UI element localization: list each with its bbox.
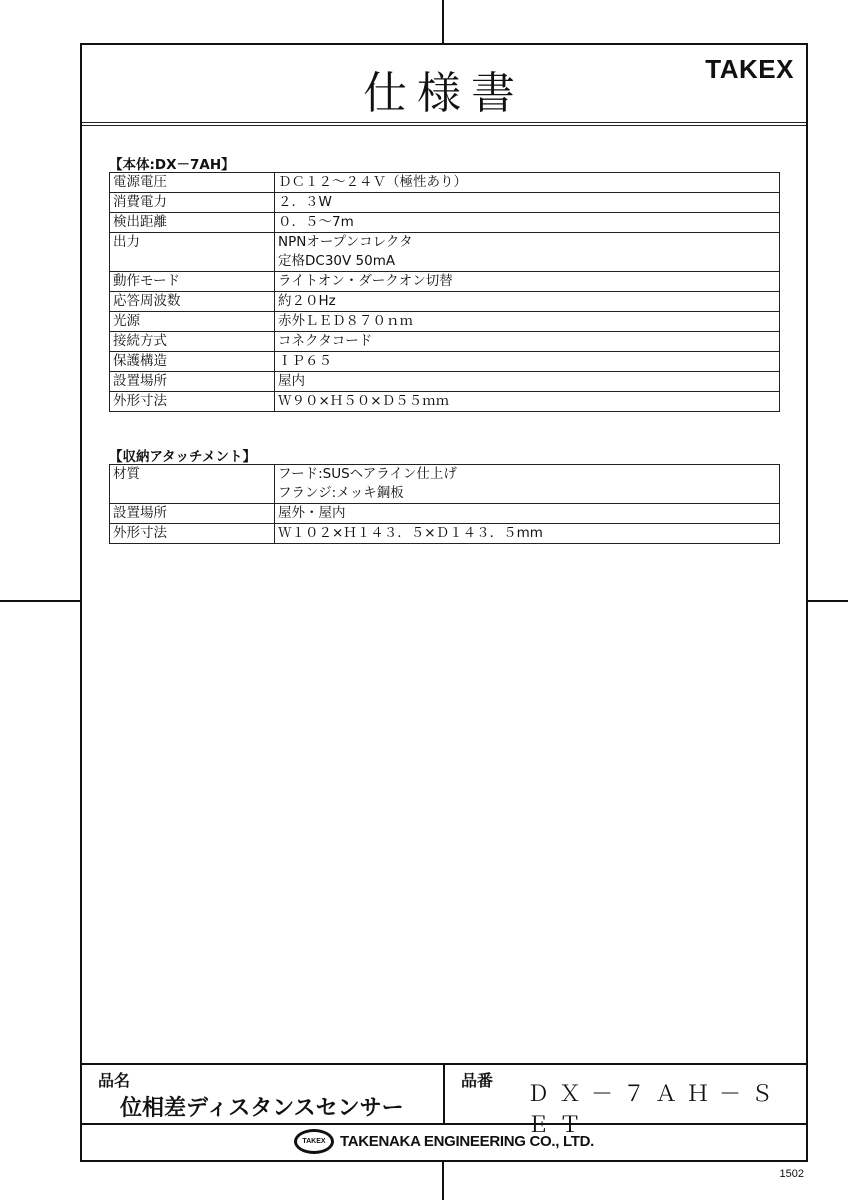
spec-value-line: Ｗ９０×Ｈ５０×Ｄ５５ｍｍ: [278, 392, 776, 411]
spec-label: 消費電力: [110, 193, 275, 213]
product-code-cell: 品番 ＤＸ－７ＡＨ－ＳＥＴ: [445, 1065, 806, 1123]
spec-value: Ｗ９０×Ｈ５０×Ｄ５５ｍｍ: [275, 392, 780, 412]
document-header: 仕様書 TAKEX: [82, 45, 806, 126]
spec-value-line: 赤外ＬＥＤ８７０ｎｍ: [278, 312, 776, 331]
spec-value-line: ＩＰ６５: [278, 352, 776, 371]
spec-label: 光源: [110, 312, 275, 332]
crop-mark-left: [0, 600, 80, 602]
table-row: 接続方式 コネクタコード: [110, 332, 780, 352]
document-number: 1502: [780, 1168, 804, 1180]
company-band: TAKEX TAKENAKA ENGINEERING CO., LTD.: [82, 1123, 806, 1160]
spec-value: 屋外・屋内: [275, 504, 780, 524]
spec-value: 約２０Hz: [275, 292, 780, 312]
spec-value: 屋内: [275, 372, 780, 392]
spec-value-line: コネクタコード: [278, 332, 776, 351]
spec-value: Ｗ１０２×Ｈ１４３．５×Ｄ１４３．５mm: [275, 524, 780, 544]
spec-value: ＤＣ１２～２４Ｖ（極性あり）: [275, 173, 780, 193]
product-code-label: 品番: [461, 1068, 493, 1091]
spec-value-line: ２．３W: [278, 193, 776, 212]
spec-value-line: 屋内: [278, 372, 776, 391]
spec-value-line: 定格DC30V 50mA: [278, 252, 776, 271]
table-row: 検出距離 ０．５～7m: [110, 213, 780, 233]
company-name: TAKENAKA ENGINEERING CO., LTD.: [340, 1133, 594, 1150]
spec-value: フード:SUSヘアライン仕上げ フランジ:メッキ鋼板: [275, 465, 780, 504]
table-row: 保護構造 ＩＰ６５: [110, 352, 780, 372]
spec-value-line: フランジ:メッキ鋼板: [278, 484, 776, 503]
spec-value: 赤外ＬＥＤ８７０ｎｍ: [275, 312, 780, 332]
spec-value-line: フード:SUSヘアライン仕上げ: [278, 465, 776, 484]
spec-label: 材質: [110, 465, 275, 504]
table-row: 設置場所 屋外・屋内: [110, 504, 780, 524]
table-row: 動作モード ライトオン・ダークオン切替: [110, 272, 780, 292]
spec-label: 応答周波数: [110, 292, 275, 312]
spec-value: ライトオン・ダークオン切替: [275, 272, 780, 292]
table-row: 外形寸法 Ｗ１０２×Ｈ１４３．５×Ｄ１４３．５mm: [110, 524, 780, 544]
table-row: 材質 フード:SUSヘアライン仕上げ フランジ:メッキ鋼板: [110, 465, 780, 504]
spec-label: 保護構造: [110, 352, 275, 372]
document-frame: 仕様書 TAKEX 【本体:DX－7AH】 電源電圧 ＤＣ１２～２４Ｖ（極性あり…: [80, 43, 808, 1162]
spec-table-attachment: 材質 フード:SUSヘアライン仕上げ フランジ:メッキ鋼板 設置場所 屋外・屋内…: [109, 464, 780, 544]
spec-value: ０．５～7m: [275, 213, 780, 233]
document-title: 仕様書: [82, 57, 806, 121]
spec-label: 外形寸法: [110, 392, 275, 412]
spec-value: NPNオープンコレクタ 定格DC30V 50mA: [275, 233, 780, 272]
spec-label: 検出距離: [110, 213, 275, 233]
spec-table-main-unit: 電源電圧 ＤＣ１２～２４Ｖ（極性あり） 消費電力 ２．３W 検出距離 ０．５～7…: [109, 172, 780, 412]
table-row: 設置場所 屋内: [110, 372, 780, 392]
spec-value-line: ライトオン・ダークオン切替: [278, 272, 776, 291]
spec-label: 設置場所: [110, 504, 275, 524]
table-row: 出力 NPNオープンコレクタ 定格DC30V 50mA: [110, 233, 780, 272]
crop-mark-right: [806, 600, 848, 602]
crop-mark-bottom: [442, 1160, 444, 1200]
product-name-label: 品名: [98, 1068, 130, 1091]
table-row: 光源 赤外ＬＥＤ８７０ｎｍ: [110, 312, 780, 332]
product-name-value: 位相差ディスタンスセンサー: [120, 1091, 404, 1122]
table-row: 応答周波数 約２０Hz: [110, 292, 780, 312]
section-title-attachment: 【収納アタッチメント】: [109, 445, 256, 465]
spec-value: ＩＰ６５: [275, 352, 780, 372]
spec-label: 外形寸法: [110, 524, 275, 544]
spec-label: 設置場所: [110, 372, 275, 392]
spec-label: 出力: [110, 233, 275, 272]
crop-mark-top: [442, 0, 444, 43]
takex-oval-logo-icon: TAKEX: [294, 1129, 334, 1154]
spec-value-line: 屋外・屋内: [278, 504, 776, 523]
table-row: 電源電圧 ＤＣ１２～２４Ｖ（極性あり）: [110, 173, 780, 193]
spec-value-line: NPNオープンコレクタ: [278, 233, 776, 252]
spec-value-line: Ｗ１０２×Ｈ１４３．５×Ｄ１４３．５mm: [278, 524, 776, 543]
spec-value-line: ０．５～7m: [278, 213, 776, 232]
spec-value-line: 約２０Hz: [278, 292, 776, 311]
spec-label: 動作モード: [110, 272, 275, 292]
table-row: 外形寸法 Ｗ９０×Ｈ５０×Ｄ５５ｍｍ: [110, 392, 780, 412]
spec-label: 接続方式: [110, 332, 275, 352]
spec-value-line: ＤＣ１２～２４Ｖ（極性あり）: [278, 173, 776, 192]
table-row: 消費電力 ２．３W: [110, 193, 780, 213]
spec-value: ２．３W: [275, 193, 780, 213]
spec-label: 電源電圧: [110, 173, 275, 193]
section-title-main-unit: 【本体:DX－7AH】: [109, 153, 235, 173]
product-info-band: 品名 位相差ディスタンスセンサー 品番 ＤＸ－７ＡＨ－ＳＥＴ: [82, 1063, 806, 1125]
spec-value: コネクタコード: [275, 332, 780, 352]
brand-logo: TAKEX: [705, 54, 794, 85]
product-name-cell: 品名 位相差ディスタンスセンサー: [82, 1065, 445, 1123]
